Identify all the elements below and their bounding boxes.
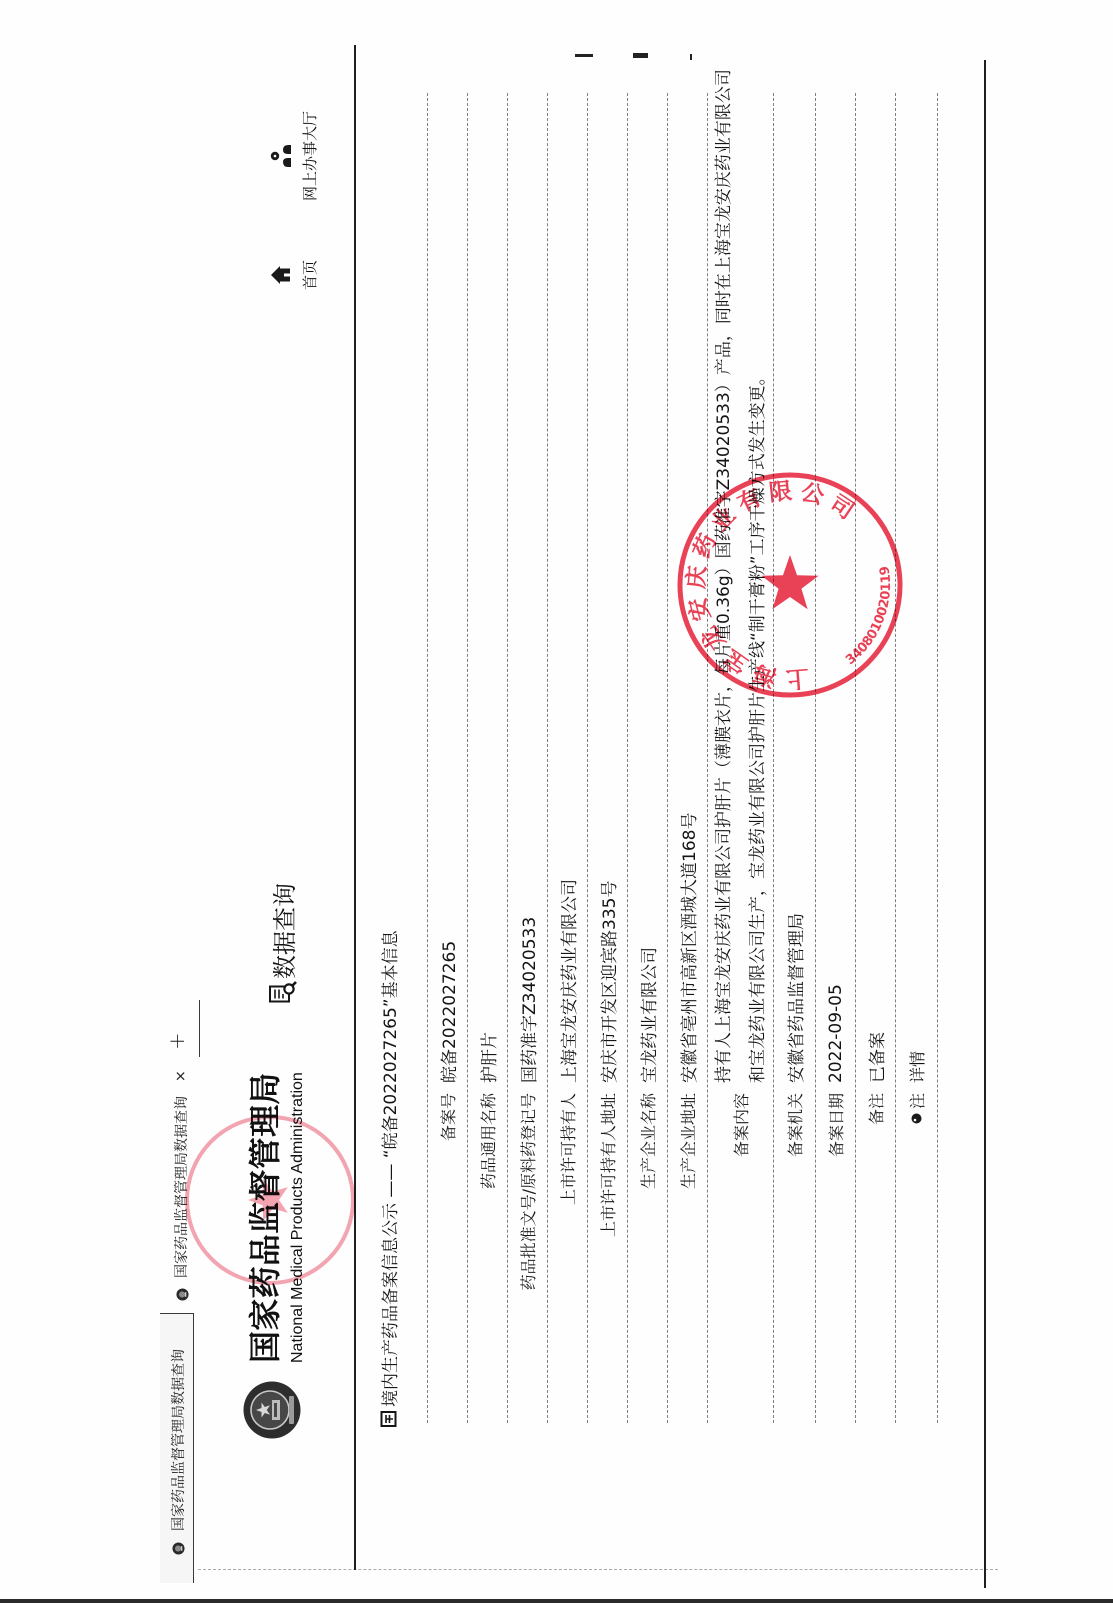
note-dot-icon	[907, 1113, 926, 1124]
row-label: 生产企业名称	[636, 1093, 659, 1423]
table-row: 生产企业名称 宝龙药业有限公司	[627, 93, 667, 1423]
row-label: 药品通用名称	[476, 1093, 499, 1423]
row-value: 国药准字Z34020533	[515, 917, 540, 1083]
row-value: 护肝片	[475, 1032, 500, 1083]
emblem-favicon-icon	[172, 1542, 185, 1555]
nav-online-service-hall[interactable]: 网上办事大厅	[270, 106, 319, 206]
row-label: 生产企业地址	[676, 1093, 699, 1423]
data-query-section-link[interactable]: 数据查询	[268, 883, 302, 1003]
record-heading-text: 境内生产药品备案信息公示 —— “皖备2022027265”基本信息	[381, 930, 401, 1407]
document-search-icon	[268, 981, 302, 1003]
table-row: 注 详情	[895, 93, 938, 1423]
seal-company-name: 上海宝龙安庆药业有限公司	[670, 465, 872, 703]
table-row: 备案号 皖备2022027265	[427, 93, 467, 1423]
details-link[interactable]: 详情	[905, 1051, 928, 1083]
faded-red-seal	[180, 1110, 360, 1290]
notice-box-icon	[380, 1411, 401, 1427]
home-icon	[270, 265, 292, 285]
note-label: 注	[905, 1093, 928, 1109]
row-value: 安徽省药品监督管理局	[782, 913, 807, 1083]
table-row: 上市许可持有人 上海宝龙安庆药业有限公司	[547, 93, 587, 1423]
record-detail-table: 备案号 皖备2022027265 药品通用名称 护肝片 药品批准文号/原料药登记…	[427, 93, 938, 1423]
row-value: 已备案	[863, 1032, 888, 1083]
nav-home[interactable]: 首页	[270, 250, 319, 300]
scrollbar-mark	[690, 54, 692, 60]
row-label: 备注	[864, 1093, 887, 1423]
row-value: 安徽省亳州市高新区酒城大道168号	[675, 813, 700, 1083]
table-row: 备案内容 持有人上海宝龙安庆药业有限公司护肝片（薄膜衣片，每片重0.36g）国药…	[707, 93, 773, 1423]
table-row: 备注 已备案	[855, 93, 895, 1423]
row-value: 皖备2022027265	[435, 941, 460, 1083]
row-value: 安庆市开发区迎宾路335号	[595, 881, 620, 1083]
scanner-edge-line	[0, 1599, 1113, 1603]
row-label: 上市许可持有人地址	[596, 1093, 619, 1423]
scanned-page: 国家药品监督管理局数据查询 国家药品监督管理局数据查询 × + 国家药品监督管理…	[0, 0, 1113, 1603]
table-row: 上市许可持有人地址 安庆市开发区迎宾路335号	[587, 93, 627, 1423]
record-heading: 境内生产药品备案信息公示 —— “皖备2022027265”基本信息	[380, 930, 401, 1427]
scrollbar-mark	[633, 53, 648, 58]
row-value: 宝龙药业有限公司	[635, 947, 660, 1083]
row-label-note: 注	[905, 1093, 928, 1423]
row-label: 备案内容	[729, 1093, 752, 1423]
national-emblem-logo	[242, 1380, 302, 1440]
close-tab-button[interactable]: ×	[173, 1070, 189, 1082]
table-row: 生产企业地址 安徽省亳州市高新区酒城大道168号	[667, 93, 707, 1423]
nav-online-service-hall-label: 网上办事大厅	[302, 106, 319, 206]
row-label: 药品批准文号/原料药登记号	[516, 1093, 539, 1423]
section-title: 数据查询	[270, 883, 300, 979]
table-row: 备案机关 安徽省药品监督管理局	[773, 93, 815, 1423]
tab-title: 国家药品监督管理局数据查询	[170, 1349, 188, 1531]
page-bottom-divider	[984, 60, 986, 1588]
tab-strip-border	[199, 1000, 200, 1057]
table-row: 药品通用名称 护肝片	[467, 93, 507, 1423]
browser-tab-1[interactable]: 国家药品监督管理局数据查询	[160, 1313, 194, 1583]
header-divider	[354, 45, 356, 1570]
company-red-seal: 上海宝龙安庆药业有限公司 3408010020119	[670, 465, 910, 705]
row-label: 备案机关	[783, 1093, 806, 1423]
row-label: 备案日期	[824, 1093, 847, 1423]
row-label: 上市许可持有人	[556, 1093, 579, 1423]
row-value: 2022-09-05	[826, 984, 846, 1083]
table-row: 药品批准文号/原料药登记号 国药准字Z34020533	[507, 93, 547, 1423]
scrollbar-mark	[575, 54, 593, 57]
row-label: 备案号	[436, 1093, 459, 1423]
new-tab-button[interactable]: +	[166, 1032, 188, 1050]
page-edge-dashed	[198, 1569, 998, 1570]
nav-home-label: 首页	[302, 250, 319, 300]
table-row: 备案日期 2022-09-05	[815, 93, 855, 1423]
svg-text:上海宝龙安庆药业有限公司: 上海宝龙安庆药业有限公司	[670, 465, 872, 703]
row-value: 上海宝龙安庆药业有限公司	[555, 879, 580, 1083]
users-icon	[270, 144, 292, 168]
